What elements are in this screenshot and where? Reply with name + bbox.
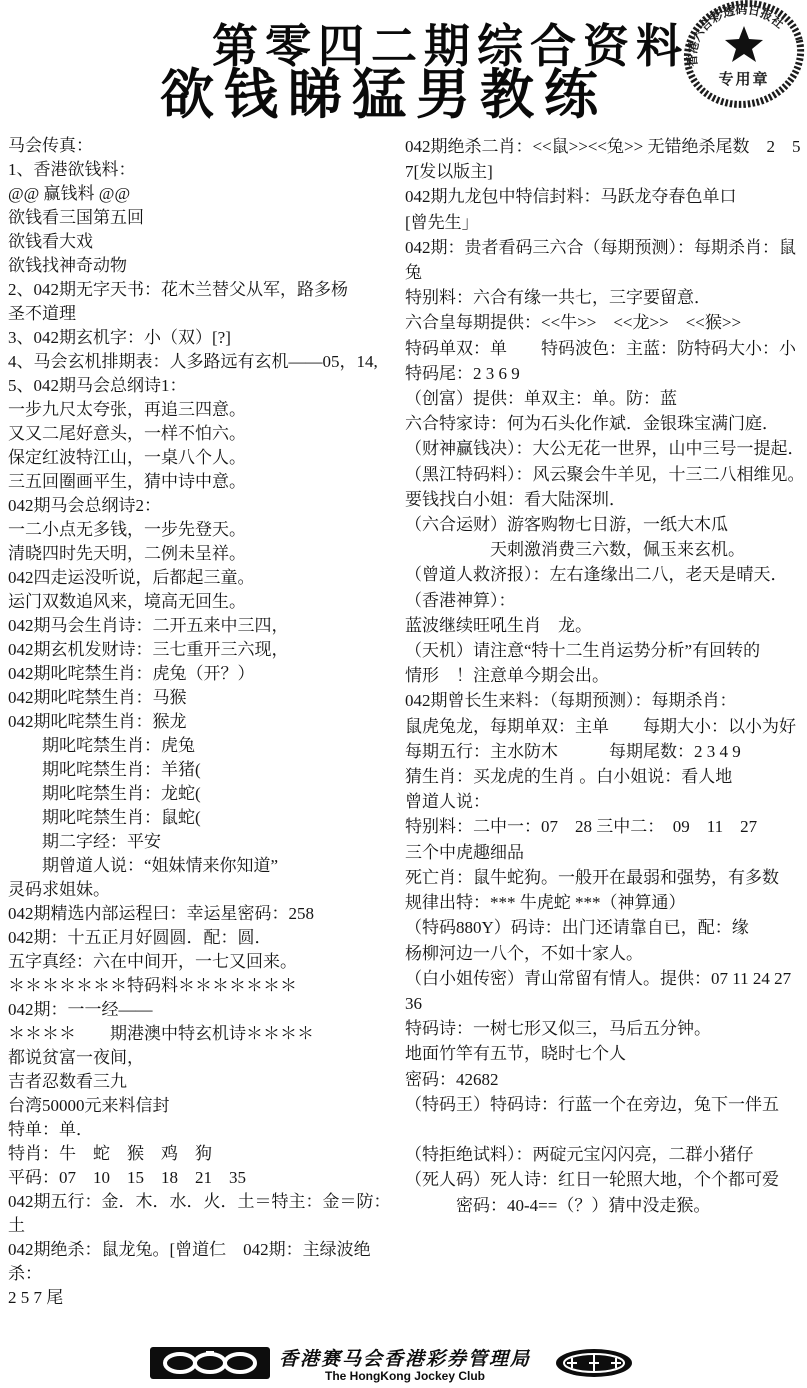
text-line: 又又二尾好意头，一样不怕六。 — [8, 422, 404, 446]
text-line: 042期精选内部运程曰：幸运星密码：258 — [8, 902, 404, 926]
text-line: 圣不道理 — [8, 302, 404, 326]
text-line: 期叱咤禁生肖：鼠蛇( — [8, 806, 404, 830]
text-line: 042期叱咤禁生肖：猴龙 — [8, 710, 404, 734]
text-line: 欲钱看三国第五回 — [8, 206, 404, 230]
jockey-club-rings-icon — [150, 1347, 270, 1384]
text-line: 六合皇每期提供：<<牛>> <<龙>> <<猴>> — [405, 310, 807, 335]
text-line: 杨柳河边一八个，不如十家人。 — [405, 941, 807, 966]
text-line: 特单：单． — [8, 1118, 404, 1142]
text-line: 马会传真： — [8, 134, 404, 158]
text-line: 曾道人说： — [405, 789, 807, 814]
text-line: 2 5 7 尾 — [8, 1286, 404, 1310]
text-line — [405, 1117, 807, 1142]
text-line: 7[发以版主] — [405, 159, 807, 184]
oval-seal-icon — [555, 1348, 633, 1383]
stamp: 香港六合彩透码日报社 专用章 — [680, 0, 807, 118]
text-line: 042期五行：金．木．水．火．土＝特主：金＝防：土 — [8, 1190, 404, 1238]
page-root: { "page": { "title": "第零四二期综合资料", "subti… — [0, 0, 807, 1388]
footer-club-name-cn: 香港赛马会香港彩券管理局 — [277, 1344, 533, 1371]
text-line: 欲钱找神奇动物 — [8, 254, 404, 278]
text-line: ＊＊＊＊ 期港澳中特玄机诗＊＊＊＊ — [8, 1022, 404, 1046]
stamp-label: 专用章 — [718, 70, 769, 88]
text-line: 规律出特：*** 牛虎蛇 ***（神算通） — [405, 890, 807, 915]
text-line: 情形 ！注意单今期会出。 — [405, 663, 807, 688]
text-line: 三个中虎趣细品 — [405, 840, 807, 865]
text-line: 4、马会玄机排期表：人多路远有玄机——05，14, — [8, 350, 404, 374]
text-line: 042期绝杀：鼠龙兔。[曾道仁 042期：主绿波绝杀： — [8, 1238, 404, 1286]
text-line: 042期叱咤禁生肖：马猴 — [8, 686, 404, 710]
text-line: 猜生肖：买龙虎的生肖 。白小姐说：看人地 — [405, 764, 807, 789]
text-line: 特码单双：单 特码波色：主蓝：防特码大小：小 — [405, 336, 807, 361]
text-line: 密码：40-4==（？）猜中没走猴。 — [405, 1193, 807, 1218]
text-line: 特别料：二中一：07 28 三中二： 09 11 27 — [405, 814, 807, 839]
text-line: 042期马会总纲诗2： — [8, 494, 404, 518]
right-column: 042期绝杀二肖：<<鼠>><<兔>> 无错绝杀尾数 2 57[发以版主]042… — [405, 134, 807, 1218]
text-line: 吉者忍数看三九 — [8, 1070, 404, 1094]
text-line: （特码王）特码诗：行蓝一个在旁边，兔下一伴五 — [405, 1092, 807, 1117]
text-line: 密码：42682 — [405, 1067, 807, 1092]
text-line: 042期叱咤禁生肖：虎兔（开？） — [8, 662, 404, 686]
text-line: 042期曾长生来料：（每期预测）：每期杀肖： — [405, 688, 807, 713]
text-line: （黑江特码料）：风云聚会牛羊见，十三二八相维见。 — [405, 462, 807, 487]
text-line: 042期：十五正月好圆圆．配：圆． — [8, 926, 404, 950]
text-line: 042期绝杀二肖：<<鼠>><<兔>> 无错绝杀尾数 2 5 — [405, 134, 807, 159]
text-line: 一步九尺太夸张，再追三四意。 — [8, 398, 404, 422]
footer-club-name: 香港赛马会香港彩券管理局 The HongKong Jockey Club — [277, 1344, 533, 1383]
star-icon — [725, 26, 763, 62]
text-line: （死人码）死人诗：红日一轮照大地，个个都可爱 — [405, 1167, 807, 1192]
text-line: （特码880Y）码诗：出门还请靠自已，配：缘 — [405, 915, 807, 940]
text-line: 5、042期马会总纲诗1： — [8, 374, 404, 398]
text-line: 3、042期玄机字：小（双）[?] — [8, 326, 404, 350]
text-line: 蓝波继续旺吼生肖 龙。 — [405, 613, 807, 638]
text-line: 每期五行：主水防木 每期尾数：2 3 4 9 — [405, 739, 807, 764]
text-line: 平码：07 10 15 18 21 35 — [8, 1166, 404, 1190]
text-line: 三五回圈画平生，猜中诗中意。 — [8, 470, 404, 494]
text-line: 运门双数追风来，境高无回生。 — [8, 590, 404, 614]
left-column: 马会传真：1、香港欲钱料：@@ 赢钱料 @@欲钱看三国第五回欲钱看大戏欲钱找神奇… — [8, 134, 404, 1310]
text-line: 都说贫富一夜间， — [8, 1046, 404, 1070]
page-subtitle: 欲钱睇猛男教练 — [160, 52, 608, 129]
text-line: 期二字经：平安 — [8, 830, 404, 854]
text-line: 期叱咤禁生肖：羊猪( — [8, 758, 404, 782]
text-line: 042期九龙包中特信封料：马跃龙夺春色单口 — [405, 184, 807, 209]
text-line: 042期玄机发财诗：三七重开三六现， — [8, 638, 404, 662]
text-line: （白小姐传密）青山常留有情人。提供：07 11 24 27 36 — [405, 966, 807, 1016]
text-line: 清晓四时先天明，二例未呈祥。 — [8, 542, 404, 566]
text-line: 042四走运没听说，后都起三童。 — [8, 566, 404, 590]
text-line: 特肖：牛 蛇 猴 鸡 狗 — [8, 1142, 404, 1166]
text-line: 期曾道人说：“姐妹情来你知道” — [8, 854, 404, 878]
text-line: （六合运财）游客购物七日游，一纸大木瓜 — [405, 512, 807, 537]
text-line: （特拒绝试料）：两碇元宝闪闪亮，二群小猪仔 — [405, 1142, 807, 1167]
text-line: 1、香港欲钱料： — [8, 158, 404, 182]
text-line: （财神赢钱决）：大公无花一世界，山中三号一提起． — [405, 436, 807, 461]
text-line: 期叱咤禁生肖：龙蛇( — [8, 782, 404, 806]
text-line: （香港神算）： — [405, 588, 807, 613]
text-line: （创富）提供：单双主：单。防：蓝 — [405, 386, 807, 411]
text-line: 042期马会生肖诗：二开五来中三四， — [8, 614, 404, 638]
text-line: 鼠虎兔龙，每期单双：主单 每期大小：以小为好 — [405, 714, 807, 739]
text-line: 天刺激消费三六数，佩玉来玄机。 — [405, 537, 807, 562]
text-line: [曾先生」 — [405, 210, 807, 235]
text-line: （天机）请注意“特十二生肖运势分析”有回转的 — [405, 638, 807, 663]
footer: 香港赛马会香港彩券管理局 The HongKong Jockey Club — [0, 1342, 807, 1386]
text-line: 期叱咤禁生肖：虎兔 — [8, 734, 404, 758]
footer-club-name-en: The HongKong Jockey Club — [277, 1369, 533, 1383]
text-line: 灵码求姐妹。 — [8, 878, 404, 902]
text-line: 死亡肖：鼠牛蛇狗。一般开在最弱和强势，有多数 — [405, 865, 807, 890]
text-line: 台湾50000元来料信封 — [8, 1094, 404, 1118]
text-line: 特别料：六合有缘一共七，三字要留意． — [405, 285, 807, 310]
text-line: 要钱找白小姐：看大陆深圳． — [405, 487, 807, 512]
text-line: @@ 赢钱料 @@ — [8, 182, 404, 206]
text-line: ＊＊＊＊＊＊＊特码料＊＊＊＊＊＊＊ — [8, 974, 404, 998]
text-line: 地面竹竿有五节，晓时七个人 — [405, 1041, 807, 1066]
text-line: 042期：贵者看码三六合（每期预测）：每期杀肖：鼠 兔 — [405, 235, 807, 285]
text-line: 2、042期无字天书：花木兰替父从军，路多杨 — [8, 278, 404, 302]
text-line: 特码尾：2 3 6 9 — [405, 361, 807, 386]
text-line: 六合特家诗：何为石头化作斌．金银珠宝满门庭． — [405, 411, 807, 436]
text-line: 一二小点无多钱，一步先登天。 — [8, 518, 404, 542]
text-line: （曾道人救济报）：左右逢缘出二八，老天是晴天． — [405, 562, 807, 587]
text-line: 五字真经：六在中间开，一七又回来。 — [8, 950, 404, 974]
text-line: 042期：一一经—— — [8, 998, 404, 1022]
text-line: 特码诗：一树七形又似三，马后五分钟。 — [405, 1016, 807, 1041]
text-line: 保定红波特江山，一桌八个人。 — [8, 446, 404, 470]
text-line: 欲钱看大戏 — [8, 230, 404, 254]
